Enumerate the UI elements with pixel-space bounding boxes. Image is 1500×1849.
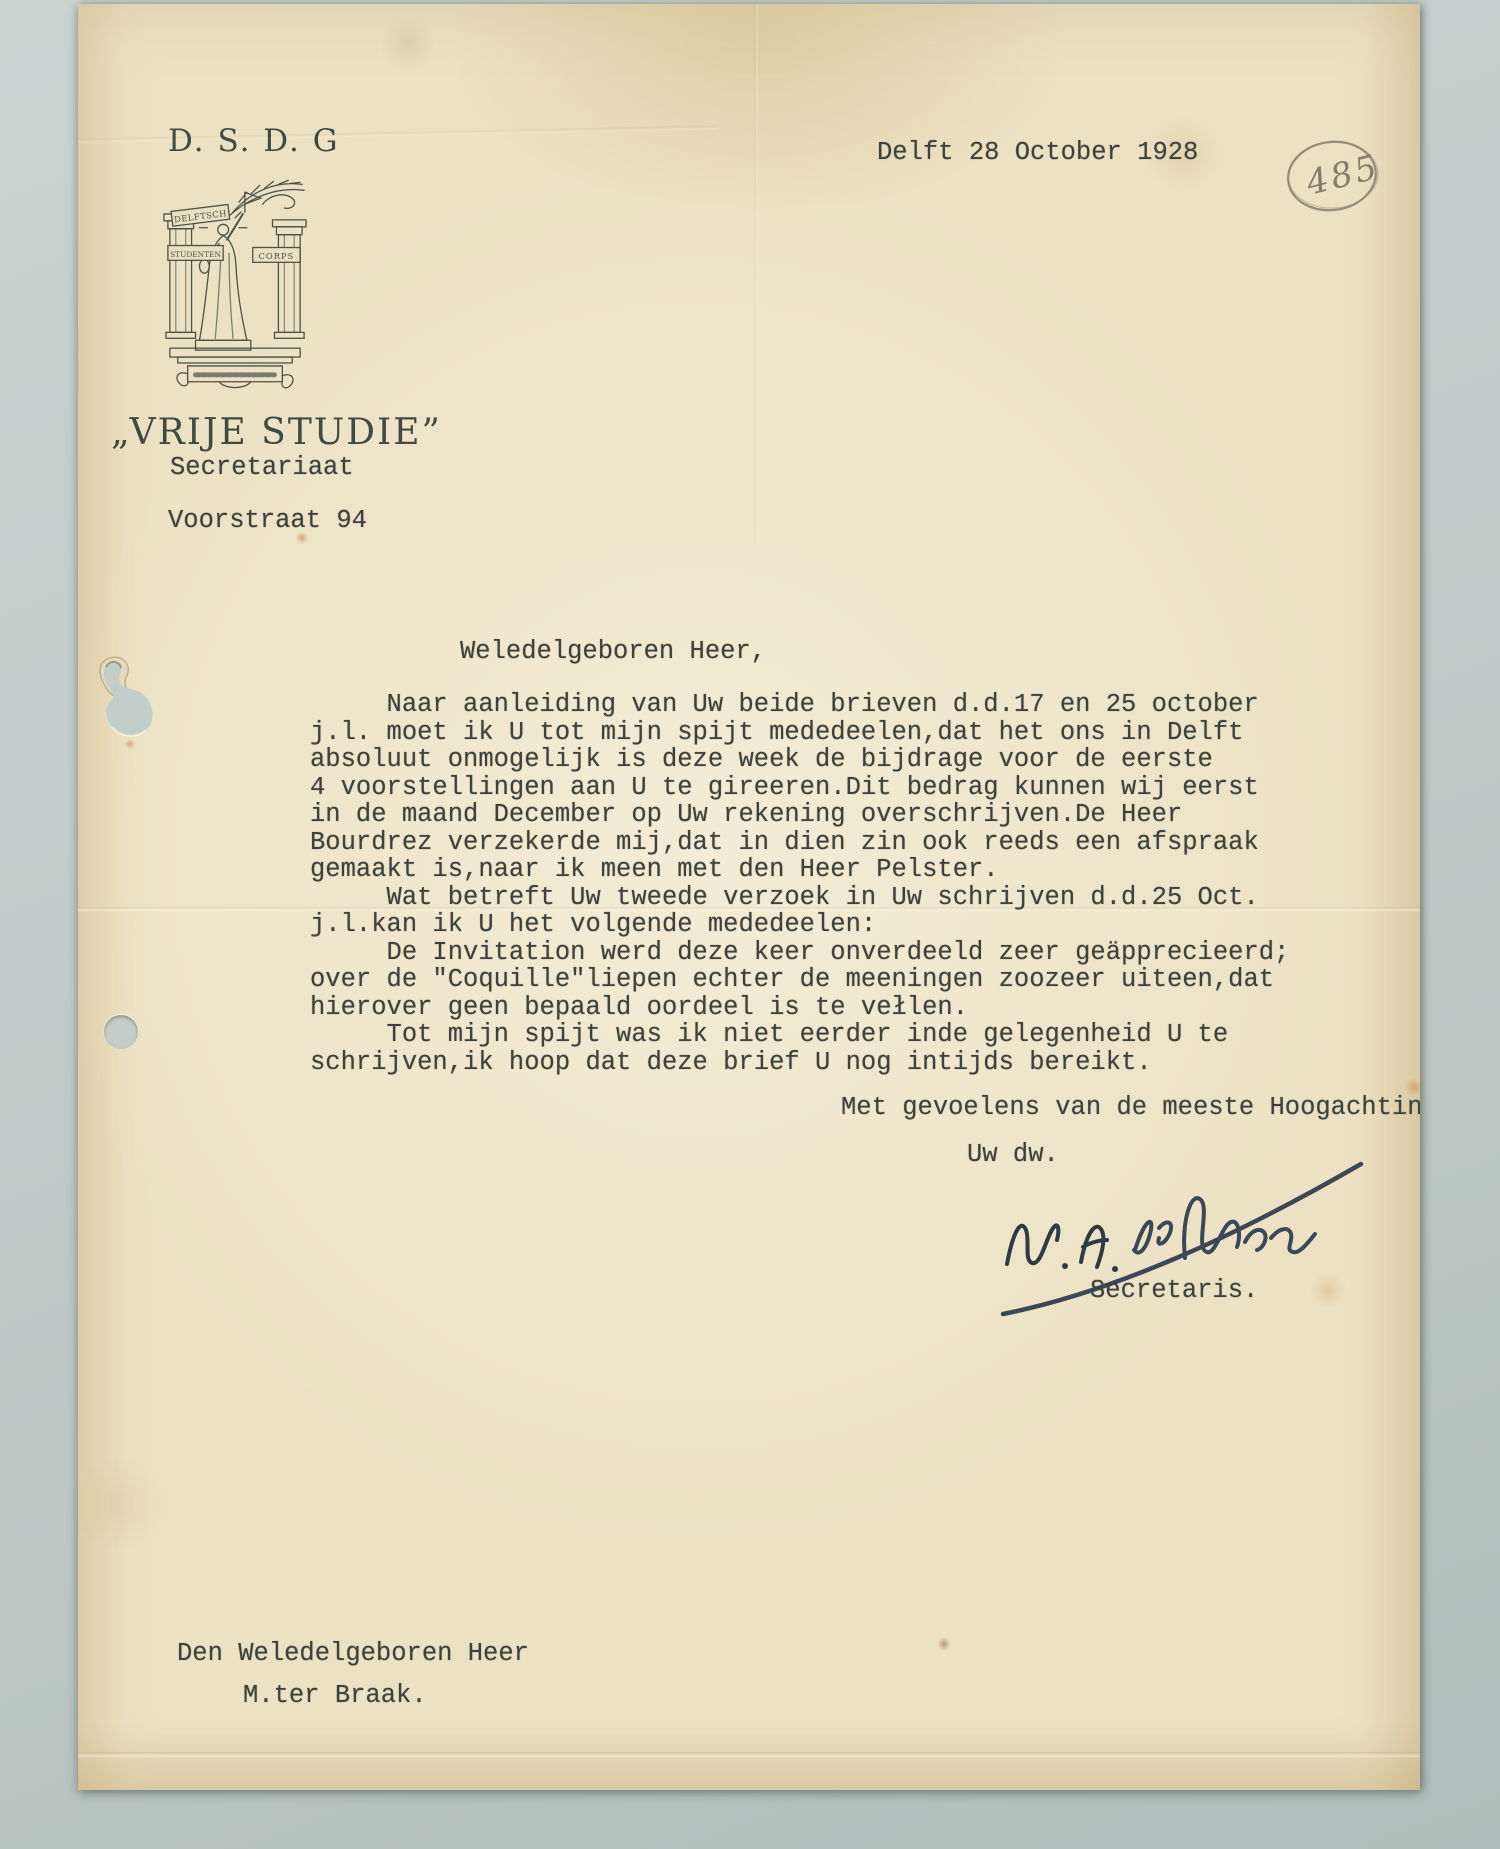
punch-hole-round — [104, 1015, 138, 1049]
closing-phrase: Met gevoelens van de meeste Hoogachting — [841, 1094, 1420, 1122]
org-address: Voorstraat 94 — [168, 507, 367, 535]
recipient-name: M.ter Braak. — [243, 1682, 427, 1710]
signature-de — [1134, 1222, 1171, 1253]
letter-paper: D. S. D. G — [78, 4, 1420, 1790]
body-line: Tot mijn spijt was ik niet eerder inde g… — [310, 1021, 1289, 1049]
emblem-left-shaft — [170, 229, 192, 333]
signature-period1 — [1062, 1263, 1068, 1269]
body-line: j.l.kan ik U het volgende mededeelen: — [310, 911, 1289, 939]
fold-crease-bottom — [78, 1752, 1420, 1758]
punch-hole-torn — [92, 649, 158, 741]
emblem-scroll — [263, 195, 295, 209]
emblem-banner-left-label: STUDENTEN — [170, 250, 221, 259]
emblem-plinth2 — [178, 357, 292, 363]
emblem-left-flutes — [176, 229, 186, 333]
emblem-banner-right-label: CORPS — [259, 251, 295, 261]
scanned-letter-page: D. S. D. G — [0, 0, 1500, 1849]
body-line: 4 voorstellingen aan U te gireeren.Dit b… — [310, 774, 1289, 802]
emblem-robe-folds — [215, 251, 233, 338]
signature-period2 — [1112, 1266, 1118, 1272]
body-line: j.l. moet ik U tot mijn spijt mededeelen… — [310, 719, 1289, 747]
signature-initial-w — [1007, 1225, 1058, 1264]
letter-body: Naar aanleiding van Uw beide brieven d.d… — [310, 691, 1289, 1076]
body-line: Wat betreft Uw tweede verzoek in Uw schr… — [310, 884, 1289, 912]
emblem-right-abacus — [273, 220, 307, 227]
emblem-banner-right: CORPS — [253, 248, 300, 263]
org-name: „VRIJE STUDIE” — [111, 412, 442, 453]
signature-surname — [1184, 1198, 1315, 1258]
emblem-right-base — [274, 332, 304, 338]
org-department: Secretariaat — [170, 454, 354, 482]
dateline: Delft 28 October 1928 — [877, 139, 1198, 167]
body-line: absoluut onmogelijk is deze week de bijd… — [310, 746, 1289, 774]
body-line: gemaakt is,naar ik meen met den Heer Pel… — [310, 856, 1289, 884]
org-initials: D. S. D. G — [168, 123, 340, 159]
emblem-figure-head — [218, 224, 229, 235]
signature-initial-a — [1081, 1227, 1107, 1267]
signature-title: Secretaris. — [1090, 1277, 1258, 1305]
salutation: Weledelgeboren Heer, — [460, 638, 766, 666]
body-line: schrijven,ik hoop dat deze brief U nog i… — [310, 1049, 1289, 1077]
emblem-wreath — [199, 259, 209, 273]
emblem-banner-left: STUDENTEN — [168, 246, 223, 261]
emblem-left-base — [166, 332, 196, 338]
fold-crease-vertical — [754, 4, 758, 544]
body-line: over de "Coquille"liepen echter de meeni… — [310, 966, 1289, 994]
emblem-right-capital — [276, 227, 302, 235]
emblem-banner-top: DELFTSCH — [171, 204, 230, 226]
body-line: in de maand December op Uw rekening over… — [310, 801, 1289, 829]
body-line: Naar aanleiding van Uw beide brieven d.d… — [310, 691, 1289, 719]
body-line: hierover geen bepaald oordeel is te vełl… — [310, 994, 1289, 1022]
archive-number: 485 — [1301, 147, 1383, 204]
body-line: De Invitation werd deze keer onverdeeld … — [310, 939, 1289, 967]
body-line: Bourdrez verzekerde mij,dat in dien zin … — [310, 829, 1289, 857]
student-corps-emblem: DELFTSCH STUDENTEN CORPS — [160, 168, 310, 404]
recipient-honorific: Den Weledelgeboren Heer — [177, 1640, 529, 1668]
archive-number-annotation: 485 — [1278, 126, 1388, 226]
